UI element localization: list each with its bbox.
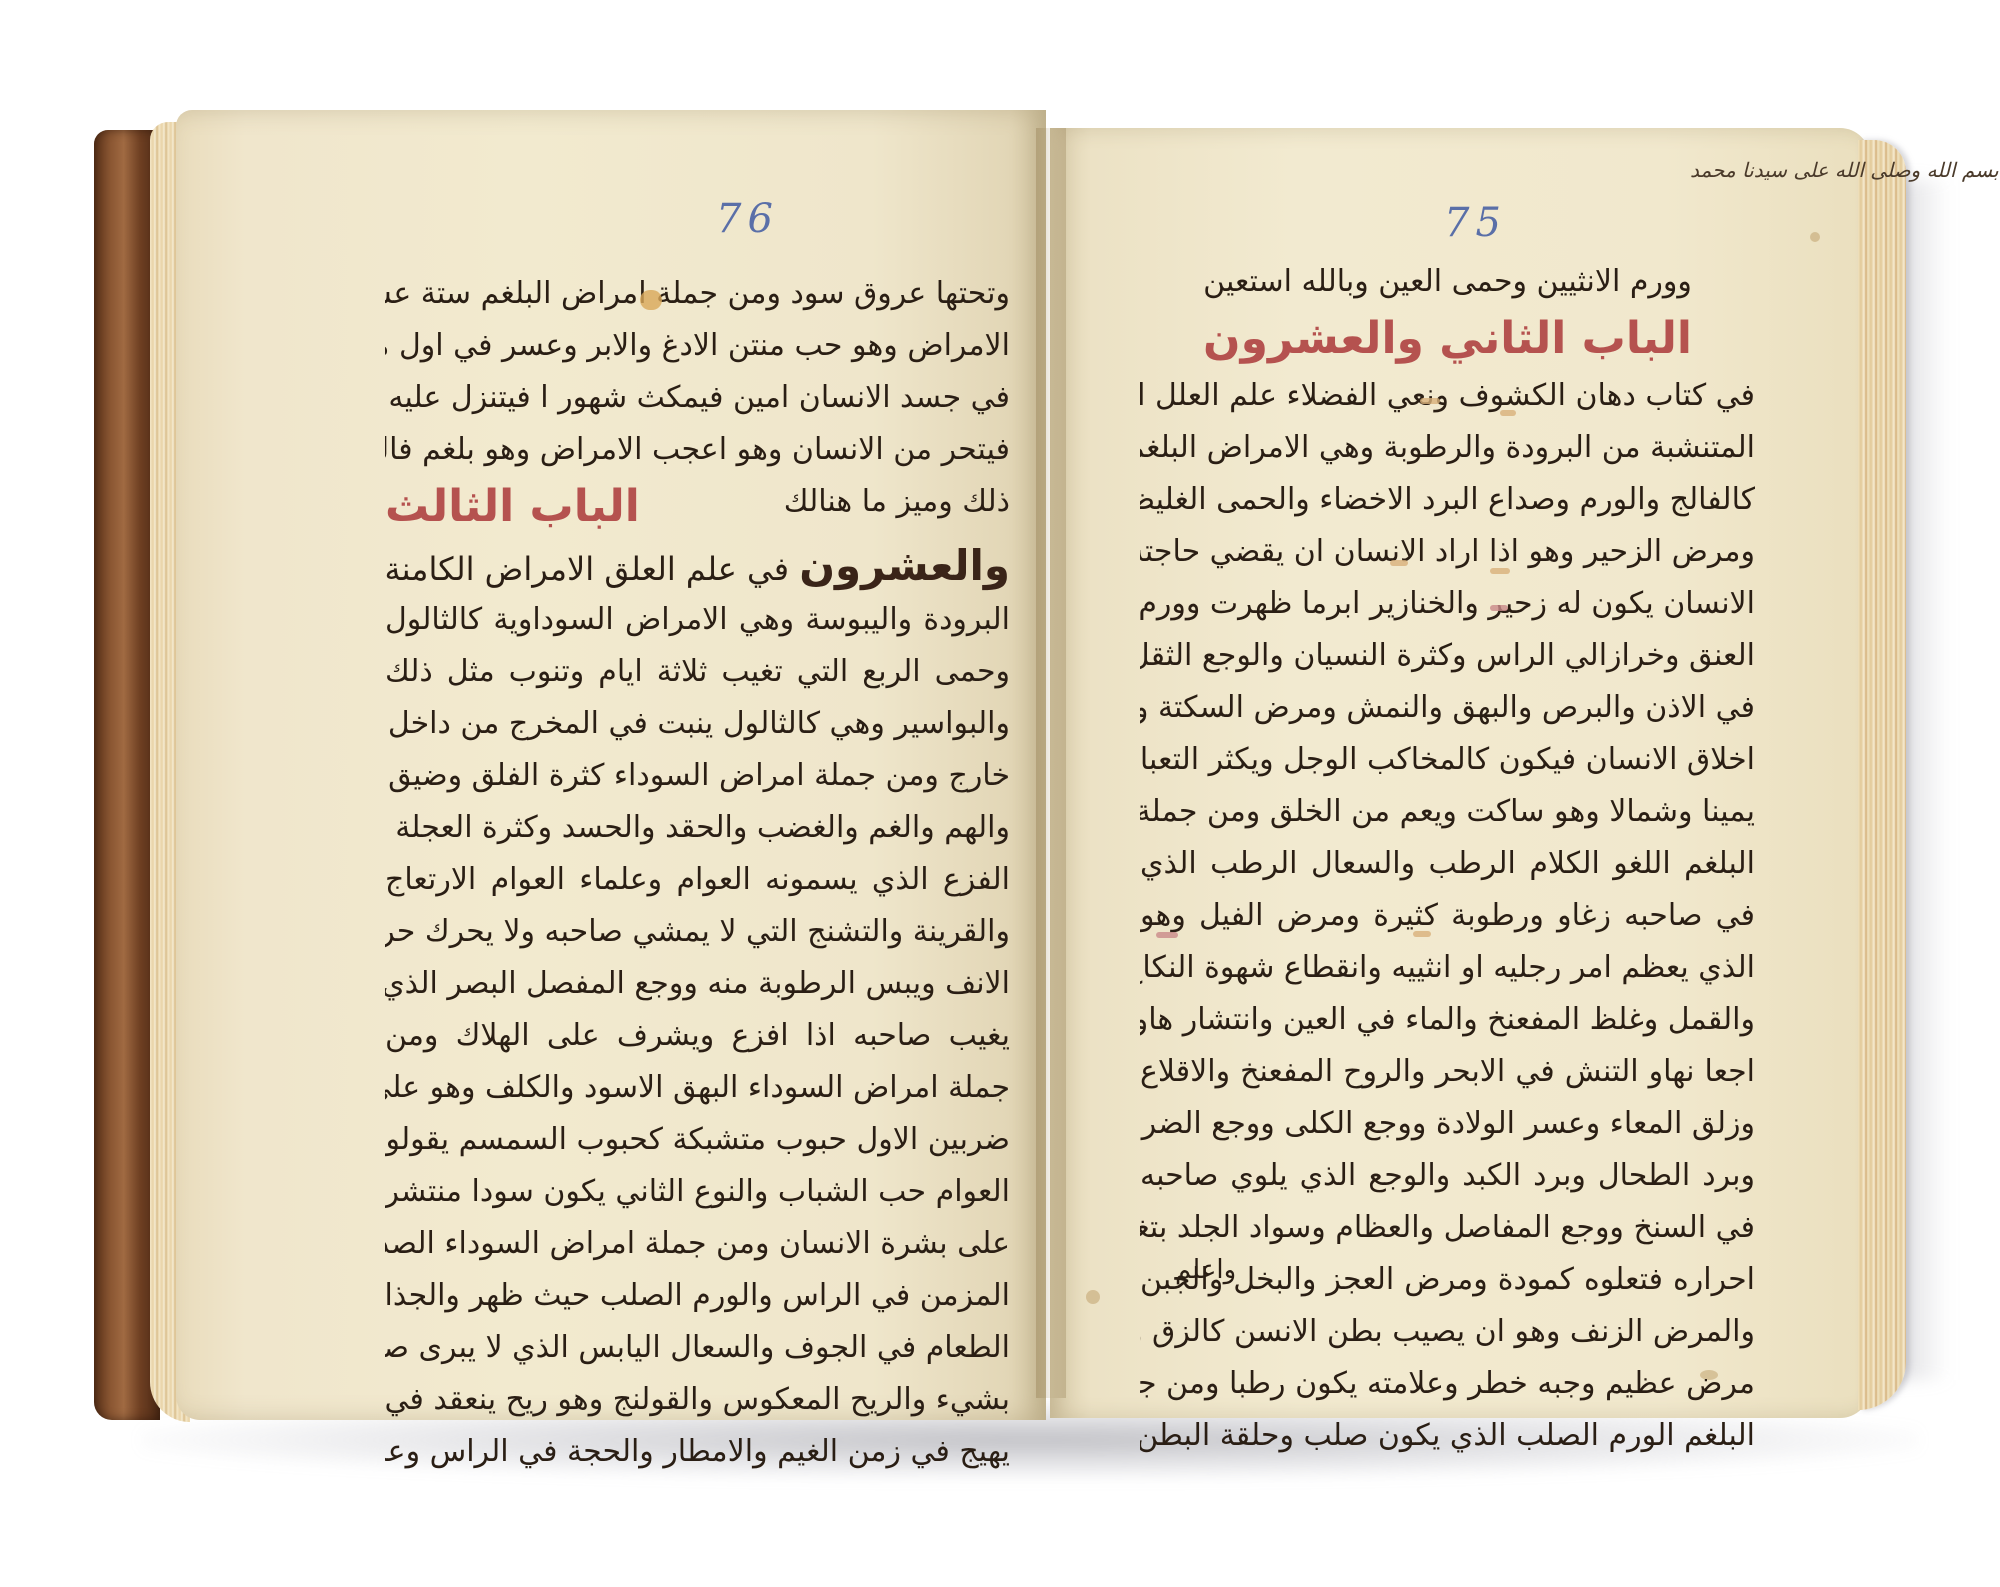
rubric-mark	[1390, 560, 1408, 566]
rubric-mark	[640, 290, 662, 310]
manuscript-photo: 76 75 بسم الله وصلى الله على سيدنا محمد …	[0, 0, 2000, 1587]
text-line: العوام حب الشباب والنوع الثاني يكون سودا…	[385, 1166, 1010, 1218]
text-line: الذي يعظم امر رجليه او انثييه وانقطاع شه…	[1140, 942, 1755, 994]
text-line: المتنشبة من البرودة والرطوبة وهي الامراض…	[1140, 422, 1755, 474]
text-line: الفزع الذي يسمونه العوام وعلماء العوام ا…	[385, 854, 1010, 906]
text-line: وحمى الربع التي تغيب ثلاثة ايام وتنوب مث…	[385, 646, 1010, 698]
rubric-mark	[1490, 568, 1510, 574]
text-line: كالفالج والورم وصداع البرد الاخضاء والحم…	[1140, 474, 1755, 526]
book-gutter	[1036, 128, 1066, 1398]
text-line: البلغم الورم الصلب الذي يكون صلب وحلقة ا…	[1140, 1410, 1755, 1462]
paper-stain	[1810, 232, 1820, 242]
text-line: وزلق المعاء وعسر الولادة ووجع الكلى ووجع…	[1140, 1098, 1755, 1150]
text-line: اجعا نهاو التنش في الابحر والروح المفعنخ…	[1140, 1046, 1755, 1098]
text-line: مرض عظيم وجبه خطر وعلامته يكون رطبا ومن …	[1140, 1358, 1755, 1410]
chapter-heading: الباب الثاني والعشرون	[1140, 308, 1755, 370]
text-line: في جسد الانسان امين فيمكث شهور ا فيتنزل …	[385, 372, 1010, 424]
text-line: الامراض وهو حب منتن الادغ والابر وعسر في…	[385, 320, 1010, 372]
folio-number-left: 76	[716, 196, 779, 242]
text-line: والهم والغم والغضب والحقد والحسد وكثرة ا…	[385, 802, 1010, 854]
text-line: العنق وخرازالي الراس وكثرة النسيان والوج…	[1140, 630, 1755, 682]
catchword: واعلم	[1175, 1255, 1236, 1285]
heading-continuation: والعشرون في علم العلق الامراض الكامنة من	[385, 538, 1010, 594]
text-line: المزمن في الراس والورم الصلب حيث ظهر وال…	[385, 1270, 1010, 1322]
text-line: اخلاق الانسان فيكون كالمخاكب الوجل ويكثر…	[1140, 734, 1755, 786]
text-line: جملة امراض السوداء البهق الاسود والكلف و…	[385, 1062, 1010, 1114]
text-line: خارج ومن جملة امراض السوداء كثرة الفلق و…	[385, 750, 1010, 802]
text-line: وورم الانثيين وحمى العين وبالله استعين	[1140, 256, 1755, 308]
text-line: البلغم اللغو الكلام الرطب والسعال الرطب …	[1140, 838, 1755, 890]
text-line: يمينا وشمالا وهو ساكت ويعم من الخلق ومن …	[1140, 786, 1755, 838]
text-line: في علم العلق الامراض الكامنة من	[385, 550, 789, 588]
text-line: في كتاب دهان الكشوف ونعي الفضلاء علم الع…	[1140, 370, 1755, 422]
rubric-mark	[1156, 932, 1178, 938]
text-line: البرودة واليبوسة وهي الامراض السوداوية ك…	[385, 594, 1010, 646]
text-line: بشيء والريح المعكوس والقولنج وهو ريح ينع…	[385, 1374, 1010, 1426]
rubric-mark	[1413, 931, 1431, 937]
folio-number-right: 75	[1444, 200, 1507, 246]
text-line: الانسان يكون له زحير والخنازير ابرما ظهر…	[1140, 578, 1755, 630]
paper-stain	[1086, 1290, 1100, 1304]
text-line: والقمل وغلظ المفعنخ والماء في العين وانت…	[1140, 994, 1755, 1046]
text-line: في الاذن والبرص والبهق والنمش ومرض السكت…	[1140, 682, 1755, 734]
text-line: والقرينة والتشنج التي لا يمشي صاحبه ولا …	[385, 906, 1010, 958]
text-line: يغيب صاحبه اذا افزع ويشرف على الهلاك ومن	[385, 1010, 1010, 1062]
text-line: وبرد الطحال وبرد الكبد والوجع الذي يلوي …	[1140, 1150, 1755, 1202]
chapter-heading-number: والعشرون	[799, 541, 1010, 590]
margin-note: بسم الله وصلى الله على سيدنا محمد	[1690, 158, 1999, 182]
rubric-mark	[1490, 605, 1508, 611]
text-line: فيتحر من الانسان وهو اعجب الامراض وهو بل…	[385, 424, 1010, 476]
text-line: والبواسير وهي كالثالول ينبت في المخرج من…	[385, 698, 1010, 750]
text-line: يهيج في زمن الغيم والامطار والحجة في الر…	[385, 1426, 1010, 1478]
text-line: ومرض الزحير وهو اذا اراد الانسان ان يقضي…	[1140, 526, 1755, 578]
rubric-mark	[1500, 410, 1516, 416]
rubric-mark	[1420, 398, 1440, 404]
left-page-text: وتحتها عروق سود ومن جملة امراض البلغم ست…	[385, 268, 1010, 1478]
text-line: على بشرة الانسان ومن جملة امراض السوداء …	[385, 1218, 1010, 1270]
text-line: وتحتها عروق سود ومن جملة امراض البلغم ست…	[385, 268, 1010, 320]
text-line: الانف ويبس الرطوبة منه ووجع المفصل البصر…	[385, 958, 1010, 1010]
text-line: والمرض الزنف وهو ان يصيب بطن الانسن كالز…	[1140, 1306, 1755, 1358]
text-line: ضربين الاول حبوب متشبكة كحبوب السمسم يقو…	[385, 1114, 1010, 1166]
text-line: في صاحبه زغاو ورطوبة كثيرة ومرض الفيل وه…	[1140, 890, 1755, 942]
right-page-edges	[1858, 140, 1906, 1410]
text-line: في السنخ ووجع المفاصل والعظام وسواد الجل…	[1140, 1202, 1755, 1254]
text-line: الطعام في الجوف والسعال اليابس الذي لا ي…	[385, 1322, 1010, 1374]
